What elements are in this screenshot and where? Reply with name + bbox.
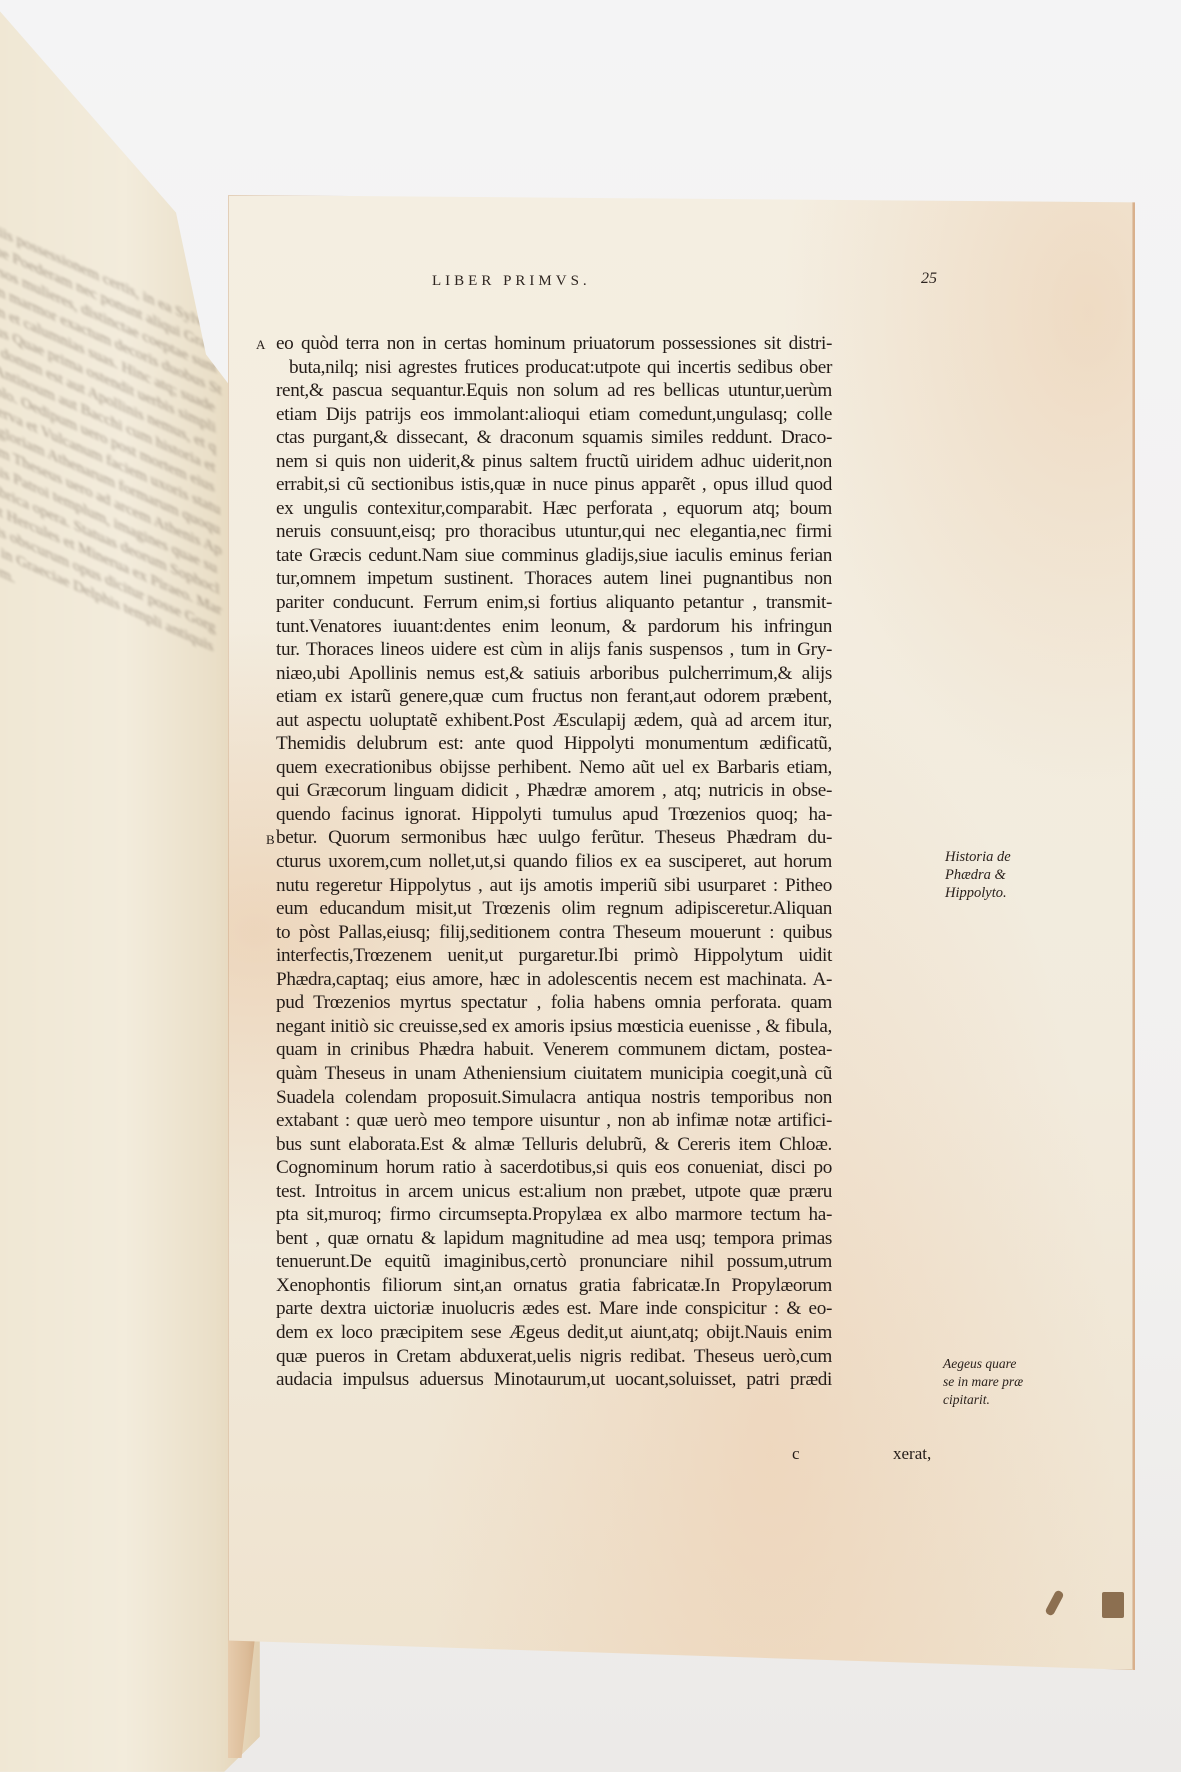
text-line: extabant : quæ uerò meo tempore uisuntur…	[276, 1109, 832, 1133]
text-line: cturus uxorem,cum nollet,ut,si quando fi…	[276, 850, 832, 874]
catchword: xerat,	[893, 1444, 931, 1464]
section-letter-b: B	[266, 832, 275, 848]
text-line: tur. Thoraces lineos uidere est cùm in a…	[276, 638, 832, 662]
marginal-note-line: Hippolyto.	[945, 884, 1011, 902]
text-line: pta sit,muroq; firmo circumsepta.Propylæ…	[276, 1203, 832, 1227]
text-line: tenuerunt.De equitũ imaginibus,certò pro…	[276, 1250, 832, 1274]
text-line: nem si quis non uiderit,& pinus saltem f…	[276, 450, 832, 474]
folio-number: 25	[921, 270, 937, 288]
text-line: buta,nilq; nisi agrestes frutices produc…	[289, 356, 832, 380]
worm-hole-mark	[1102, 1592, 1124, 1618]
text-line: pud Trœzenios myrtus spectatur , folia h…	[276, 991, 832, 1015]
main-text-block: eo quòd terra non in certas hominum priu…	[276, 332, 832, 1415]
text-line: Xenophontis filiorum sint,an ornatus gra…	[276, 1274, 832, 1298]
marginal-note-aegeus: Aegeus quare se in mare præ cipitarit.	[943, 1355, 1023, 1409]
marginal-note-line: Phædra &	[945, 866, 1011, 884]
text-line: etiam ex istarũ genere,quæ cum fructus n…	[276, 685, 832, 709]
text-line: test. Introitus in arcem unicus est:aliu…	[276, 1180, 832, 1204]
text-line	[276, 1392, 832, 1416]
text-line: audacia impulsus aduersus Minotaurum,ut …	[276, 1368, 832, 1392]
text-line: quæ pueros in Cretam abduxerat,uelis nig…	[276, 1345, 832, 1369]
text-line: qui Græcorum linguam didicit , Phædræ am…	[276, 779, 832, 803]
section-letter-a: A	[256, 337, 265, 353]
text-line: etiam Dijs patrijs eos immolant:alioqui …	[276, 403, 832, 427]
text-line: rent,& pascua sequantur.Equis non solum …	[276, 379, 832, 403]
text-line: tate Græcis cedunt.Nam siue comminus gla…	[276, 544, 832, 568]
text-line: Cognominum horum ratio à sacerdotibus,si…	[276, 1156, 832, 1180]
marginal-note-line: cipitarit.	[943, 1391, 1023, 1409]
running-head: LIBER PRIMVS.	[432, 273, 591, 290]
text-line: quem execrationibus obijsse perhibent. N…	[276, 756, 832, 780]
text-line: bus sunt elaborata.Est & almæ Telluris d…	[276, 1133, 832, 1157]
text-line: betur. Quorum sermonibus hæc uulgo ferũt…	[276, 826, 832, 850]
marginal-note-phaedra: Historia de Phædra & Hippolyto.	[945, 848, 1011, 902]
text-line: Phædra,captaq; eius amore, hæc in adoles…	[276, 968, 832, 992]
text-line: Themidis delubrum est: ante quod Hippoly…	[276, 732, 832, 756]
text-line: aut aspectu uoluptatẽ exhibent.Post Æscu…	[276, 709, 832, 733]
text-line: to pòst Pallas,eiusq; filij,seditionem c…	[276, 921, 832, 945]
text-line: ctas purgant,& dissecant, & draconum squ…	[276, 426, 832, 450]
text-line: bent , quæ ornatu & lapidum magnitudine …	[276, 1227, 832, 1251]
text-line: eo quòd terra non in certas hominum priu…	[276, 332, 832, 356]
text-line: ex ungulis contexitur,comparabit. Hæc pe…	[276, 497, 832, 521]
text-line: negant initiò sic creuisse,sed ex amoris…	[276, 1015, 832, 1039]
text-line: eum educandum misit,ut Trœzenis olim reg…	[276, 897, 832, 921]
text-line: errabit,si cũ sectionibus istis,quæ in n…	[276, 473, 832, 497]
text-line: niæo,ubi Apollinis nemus est,& satiuis a…	[276, 662, 832, 686]
text-line: parte dextra uictoriæ inuolucris ædes es…	[276, 1297, 832, 1321]
text-line: pariter conducunt. Ferrum enim,si fortiu…	[276, 591, 832, 615]
text-line: tur,omnem impetum sustinent. Thoraces au…	[276, 567, 832, 591]
text-line: dem ex loco præcipitem sese Ægeus dedit,…	[276, 1321, 832, 1345]
left-page-blurred-text: Bestiis possessionem certis, in ea Sylva…	[0, 210, 222, 1361]
marginal-note-line: Aegeus quare	[943, 1355, 1023, 1373]
marginal-note-line: se in mare præ	[943, 1373, 1023, 1391]
text-line: interfectis,Trœzenem uenit,ut purgaretur…	[276, 944, 832, 968]
text-line: Suadela colendam proposuit.Simulacra ant…	[276, 1086, 832, 1110]
text-line: neruis consuunt,eisq; pro thoracibus utu…	[276, 520, 832, 544]
marginal-note-line: Historia de	[945, 848, 1011, 866]
text-line: quam in crinibus Phædra habuit. Venerem …	[276, 1038, 832, 1062]
text-line: quendo facinus ignorat. Hippolyti tumulu…	[276, 803, 832, 827]
text-line: tunt.Venatores iuuant:dentes enim leonum…	[276, 615, 832, 639]
text-line: quàm Theseus in unam Atheniensium ciuita…	[276, 1062, 832, 1086]
text-line: nutu regeretur Hippolytus , aut ijs amot…	[276, 874, 832, 898]
signature-mark: c	[792, 1444, 800, 1464]
